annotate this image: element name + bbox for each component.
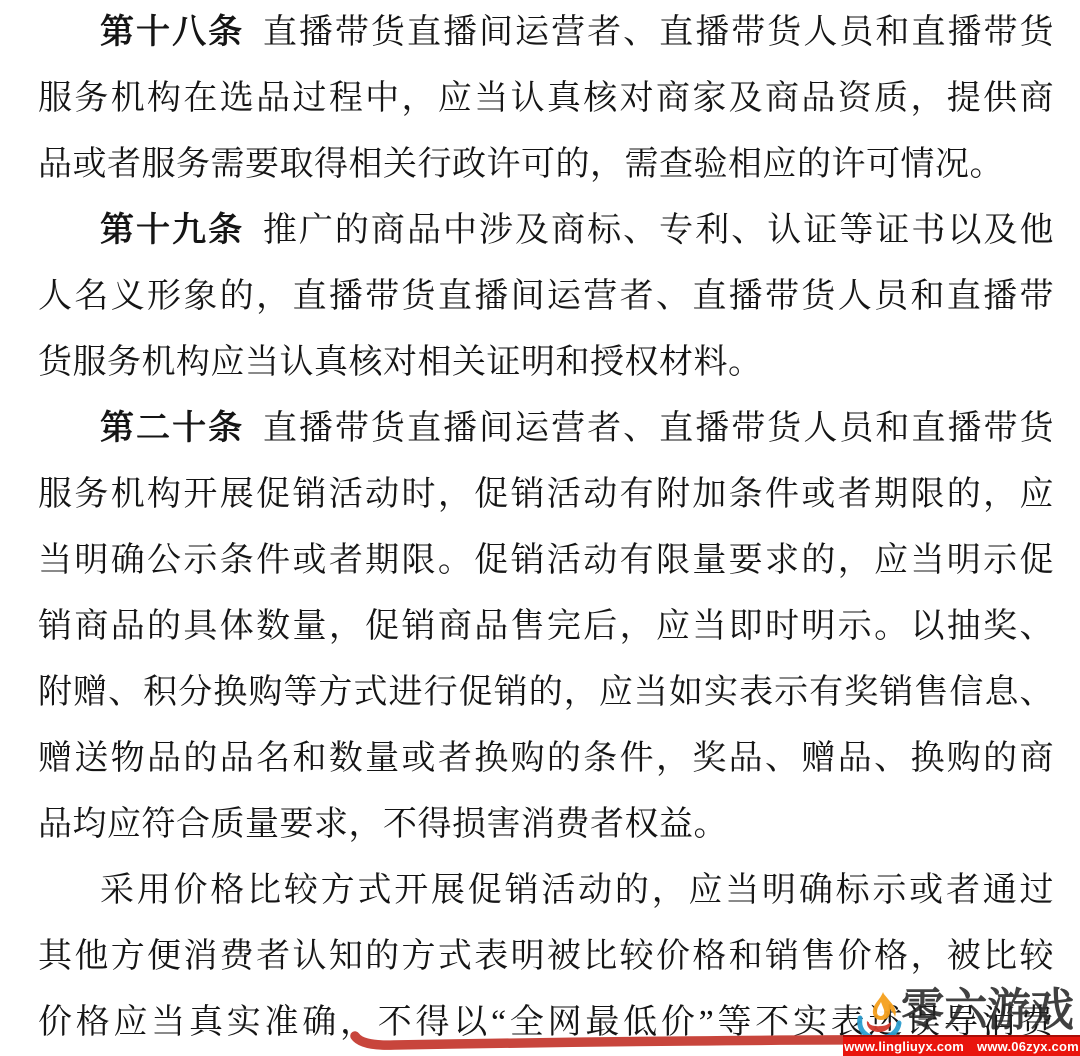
text-line: 采用价格比较方式开展促销活动的，应当明确标示或者通过 — [38, 858, 1054, 924]
text-line: 第二十条直播带货直播间运营者、直播带货人员和直播带货 — [38, 396, 1054, 462]
watermark-url-bar: www.lingliuyx.com www.06zyx.com — [843, 1035, 1080, 1056]
line-text: 品均应符合质量要求，不得损害消费者权益。 — [38, 806, 728, 843]
text-line: 人名义形象的，直播带货直播间运营者、直播带货人员和直播带 — [38, 264, 1054, 330]
text-line: 当明确公示条件或者期限。促销活动有限量要求的，应当明示促 — [38, 528, 1054, 594]
text-line: 品或者服务需要取得相关行政许可的，需查验相应的许可情况。 — [38, 132, 1054, 198]
line-text: 货服务机构应当认真核对相关证明和授权材料。 — [38, 344, 763, 381]
text-line: 其他方便消费者认知的方式表明被比较价格和销售价格，被比较 — [38, 924, 1054, 990]
line-text: 品或者服务需要取得相关行政许可的，需查验相应的许可情况。 — [38, 146, 1004, 183]
text-line: 服务机构开展促销活动时，促销活动有附加条件或者期限的，应 — [38, 462, 1054, 528]
document-text-block: 第十八条直播带货直播间运营者、直播带货人员和直播带货 服务机构在选品过程中，应当… — [38, 0, 1054, 1056]
article-number: 第十九条 — [100, 212, 244, 249]
line-text: 推广的商品中涉及商标、专利、认证等证书以及他 — [263, 212, 1054, 249]
text-line: 货服务机构应当认真核对相关证明和授权材料。 — [38, 330, 1054, 396]
article-number: 第二十条 — [100, 410, 244, 447]
text-line: 第十九条推广的商品中涉及商标、专利、认证等证书以及他 — [38, 198, 1054, 264]
line-text: 服务机构开展促销活动时，促销活动有附加条件或者期限的，应 — [38, 476, 1054, 513]
text-line: 第十八条直播带货直播间运营者、直播带货人员和直播带货 — [38, 0, 1054, 66]
line-text: 服务机构在选品过程中，应当认真核对商家及商品资质，提供商 — [38, 80, 1054, 117]
line-text: 采用价格比较方式开展促销活动的，应当明确标示或者通过 — [100, 872, 1054, 909]
text-line: 销商品的具体数量，促销商品售完后，应当即时明示。以抽奖、 — [38, 594, 1054, 660]
document-page: 第十八条直播带货直播间运营者、直播带货人员和直播带货 服务机构在选品过程中，应当… — [0, 0, 1080, 1056]
line-text: 直播带货直播间运营者、直播带货人员和直播带货 — [263, 410, 1054, 447]
line-text: 当明确公示条件或者期限。促销活动有限量要求的，应当明示促 — [38, 542, 1054, 579]
watermark-brand-text: 零六游戏 — [901, 984, 1076, 1036]
line-text: 直播带货直播间运营者、直播带货人员和直播带货 — [263, 14, 1054, 51]
watermark-url-left: www.lingliuyx.com — [844, 1039, 964, 1054]
article-number: 第十八条 — [100, 14, 244, 51]
line-text: 人名义形象的，直播带货直播间运营者、直播带货人员和直播带 — [38, 278, 1054, 315]
text-line: 赠送物品的品名和数量或者换购的条件，奖品、赠品、换购的商 — [38, 726, 1054, 792]
text-line: 附赠、积分换购等方式进行促销的，应当如实表示有奖销售信息、 — [38, 660, 1054, 726]
line-text: 赠送物品的品名和数量或者换购的条件，奖品、赠品、换购的商 — [38, 740, 1054, 777]
line-text: 附赠、积分换购等方式进行促销的，应当如实表示有奖销售信息、 — [38, 674, 1054, 711]
line-text: 销商品的具体数量，促销商品售完后，应当即时明示。以抽奖、 — [38, 608, 1054, 645]
text-line: 品均应符合质量要求，不得损害消费者权益。 — [38, 792, 1054, 858]
text-line: 服务机构在选品过程中，应当认真核对商家及商品资质，提供商 — [38, 66, 1054, 132]
line-text: 其他方便消费者认知的方式表明被比较价格和销售价格，被比较 — [38, 938, 1054, 975]
watermark-url-right: www.06zyx.com — [977, 1039, 1079, 1054]
